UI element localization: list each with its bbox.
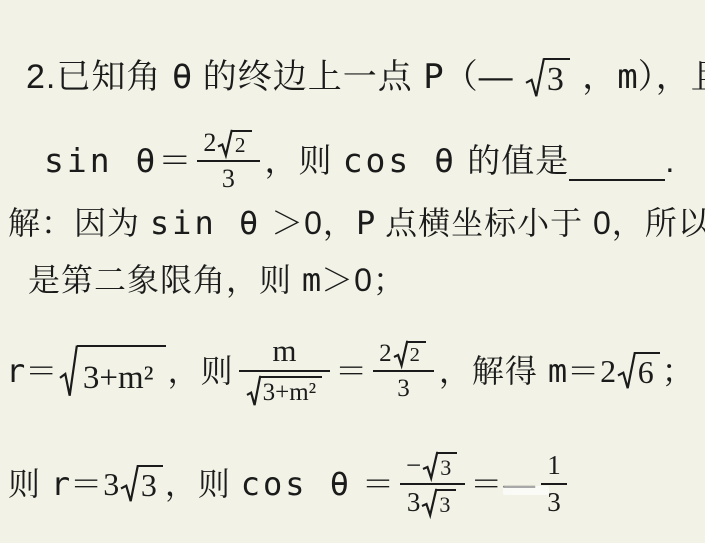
fraction-2root2-over-3: 2 2 3 — [373, 341, 434, 402]
coefficient: 2 — [203, 130, 216, 156]
fraction-numerator: 2 2 — [373, 341, 434, 371]
fraction-2root2-over-3: 2 2 3 — [197, 130, 259, 192]
sin-theta: sin θ — [44, 141, 158, 181]
watermark-smudge — [503, 486, 549, 495]
text-segment: 点横坐标小于 0，所以 — [375, 204, 705, 242]
equals-sign: ＝ — [352, 465, 395, 503]
fraction-denominator: 3+m² — [239, 370, 331, 406]
text-segment: 则 — [8, 465, 51, 503]
text-segment: 的值是 — [457, 141, 569, 181]
radicand: 2 — [232, 130, 252, 156]
text-segment: （— — [444, 57, 524, 98]
sqrt-3: 3 — [121, 465, 163, 503]
text-segment: ，则 — [165, 465, 241, 503]
theta-symbol: θ — [172, 57, 192, 98]
answer-blank — [569, 141, 665, 181]
m-symbol: m — [548, 352, 567, 390]
text-segment: 是第二象限角，则 — [28, 261, 302, 299]
sqrt-3-plus-m-squared: 3+m² — [60, 345, 165, 398]
fraction-numerator: 1 — [541, 452, 567, 483]
fraction-numerator: m — [266, 335, 302, 370]
radicand: 6 — [635, 352, 660, 390]
solution-line-1: 解：因为 sin θ ＞0， P 点横坐标小于 0，所以 θ — [8, 204, 705, 242]
point-p-symbol: P — [356, 204, 375, 242]
equals-sign: ＝ — [335, 352, 368, 390]
equals-sign: ＝ — [158, 141, 192, 181]
text-segment: 的终边上一点 — [192, 57, 423, 98]
point-p-symbol: P — [423, 57, 443, 98]
sqrt-3-plus-m-squared: 3+m² — [247, 376, 323, 406]
equals-sign: ＝ — [567, 352, 600, 390]
text-segment: 2.已知角 — [26, 57, 172, 98]
radicand: 3+m² — [77, 345, 166, 398]
problem-line-1: 2.已知角 θ 的终边上一点 P （— 3 ， m ），且 — [26, 57, 705, 98]
radicand: 3 — [436, 489, 456, 516]
r-symbol: r — [51, 465, 70, 503]
radical-sign-icon — [60, 345, 78, 398]
fraction-numerator: 2 2 — [197, 130, 259, 160]
radicand: 3 — [437, 452, 457, 479]
coefficient: 2 — [600, 352, 616, 390]
radical-sign-icon — [247, 376, 261, 406]
minus-sign: − — [406, 452, 421, 479]
semicolon: ； — [662, 352, 695, 390]
m-symbol: m — [617, 57, 637, 98]
fraction-denominator: 3 — [197, 160, 259, 192]
radical-sign-icon — [422, 489, 437, 516]
text-segment: ），且 — [638, 57, 705, 98]
text-segment: ，则 — [265, 141, 343, 181]
fraction-m-over-sqrt: m 3+m² — [239, 335, 331, 406]
cos-theta: cos θ — [343, 141, 457, 181]
fraction-negroot3-over-3root3: − 3 3 3 — [400, 452, 465, 516]
fraction-numerator: − 3 — [400, 452, 465, 483]
radical-sign-icon — [423, 452, 438, 479]
solution-line-3: r ＝ 3+m² ，则 m 3+m² ＝ 2 2 3 ，解得 m ＝ 2 6 ； — [6, 318, 695, 424]
r-symbol: r — [6, 352, 25, 390]
equals-sign: ＝ — [70, 465, 103, 503]
sqrt-3: 3 — [423, 452, 457, 479]
sqrt-6: 6 — [618, 352, 660, 390]
text-segment: ， — [572, 57, 617, 98]
period: . — [665, 141, 675, 181]
radicand: 3 — [138, 465, 163, 503]
cos-theta: cos θ — [241, 465, 352, 503]
radical-sign-icon — [218, 130, 232, 156]
sqrt-2: 2 — [394, 341, 426, 367]
radical-sign-icon — [394, 341, 408, 367]
radical-sign-icon — [618, 352, 636, 390]
radicand: 3+m² — [260, 376, 323, 406]
sqrt-2: 2 — [218, 130, 251, 156]
text-segment: ＞0， — [261, 204, 356, 242]
problem-line-2: sin θ ＝ 2 2 3 ，则 cos θ 的值是 . — [44, 124, 675, 198]
radical-sign-icon — [121, 465, 139, 503]
text-segment: ＞0； — [321, 261, 406, 299]
solution-line-4: 则 r ＝ 3 3 ，则 cos θ ＝ − 3 3 3 ＝— 1 3 — [8, 436, 572, 532]
coefficient: 3 — [103, 465, 119, 503]
equals-sign: ＝ — [25, 352, 58, 390]
sin-theta: sin θ — [150, 204, 261, 242]
sqrt-3: 3 — [526, 58, 570, 98]
text-segment: 解：因为 — [8, 204, 150, 242]
solution-line-2: 是第二象限角，则 m ＞0； — [28, 261, 406, 299]
m-symbol: m — [302, 261, 321, 299]
fraction-1-over-3: 1 3 — [541, 452, 567, 516]
fraction-denominator: 3 — [373, 370, 434, 401]
equals-minus: ＝— — [470, 465, 536, 503]
text-segment: ，则 — [168, 352, 234, 390]
radicand: 3 — [544, 58, 570, 98]
coefficient: 3 — [407, 489, 421, 516]
radical-sign-icon — [526, 58, 545, 98]
coefficient: 2 — [379, 341, 392, 366]
sqrt-3: 3 — [422, 489, 456, 516]
radicand: 2 — [407, 341, 426, 367]
fraction-denominator: 3 3 — [400, 483, 465, 516]
text-segment: ，解得 — [439, 352, 548, 390]
